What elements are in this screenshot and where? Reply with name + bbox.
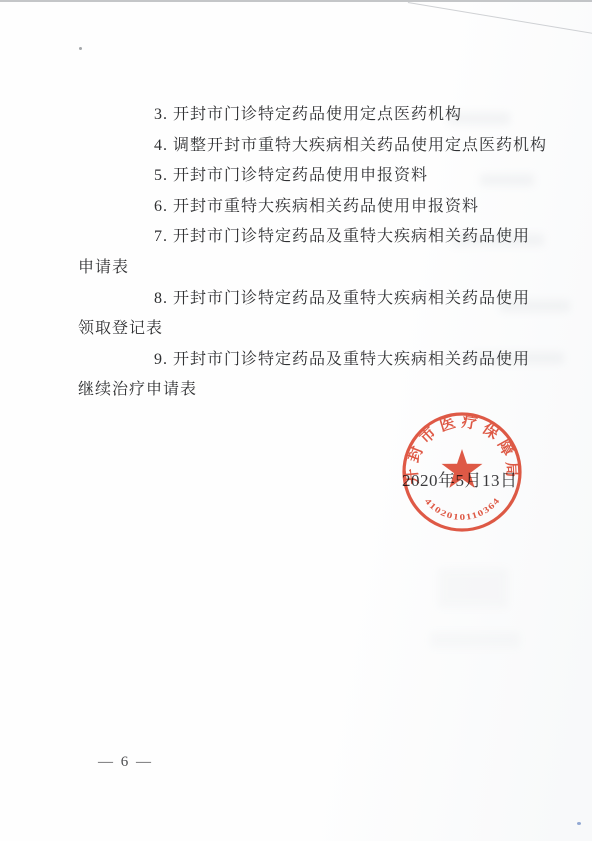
official-seal: 开封市医疗保障局 4102010110364 <box>396 406 528 538</box>
list-item-6: 6. 开封市重特大疾病相关药品使用申报资料 <box>0 192 592 223</box>
seal-serial-text: 4102010110364 <box>423 495 502 522</box>
page-number: — 6 — <box>98 754 153 771</box>
scan-edge-artifact <box>0 0 592 2</box>
list-item-4: 4. 调整开封市重特大疾病相关药品使用定点医药机构 <box>0 131 592 162</box>
bleedthrough-smudge <box>430 632 520 648</box>
list-item-7: 7. 开封市门诊特定药品及重特大疾病相关药品使用 <box>0 222 592 253</box>
star-icon <box>442 449 483 488</box>
list-item-7-continuation: 申请表 <box>0 253 592 284</box>
scan-diagonal-artifact <box>408 2 592 35</box>
attachment-list: 3. 开封市门诊特定药品使用定点医药机构 4. 调整开封市重特大疾病相关药品使用… <box>0 100 592 406</box>
list-item-8-continuation: 领取登记表 <box>0 314 592 345</box>
list-item-9-continuation: 继续治疗申请表 <box>0 375 592 406</box>
svg-text:4102010110364: 4102010110364 <box>423 495 502 522</box>
document-page: 3. 开封市门诊特定药品使用定点医药机构 4. 调整开封市重特大疾病相关药品使用… <box>0 0 592 841</box>
list-item-5: 5. 开封市门诊特定药品使用申报资料 <box>0 161 592 192</box>
bleedthrough-smudge <box>438 568 508 608</box>
scan-speck <box>79 47 82 50</box>
list-item-3: 3. 开封市门诊特定药品使用定点医药机构 <box>0 100 592 131</box>
scan-speck <box>577 822 581 825</box>
list-item-9: 9. 开封市门诊特定药品及重特大疾病相关药品使用 <box>0 345 592 376</box>
list-item-8: 8. 开封市门诊特定药品及重特大疾病相关药品使用 <box>0 284 592 315</box>
